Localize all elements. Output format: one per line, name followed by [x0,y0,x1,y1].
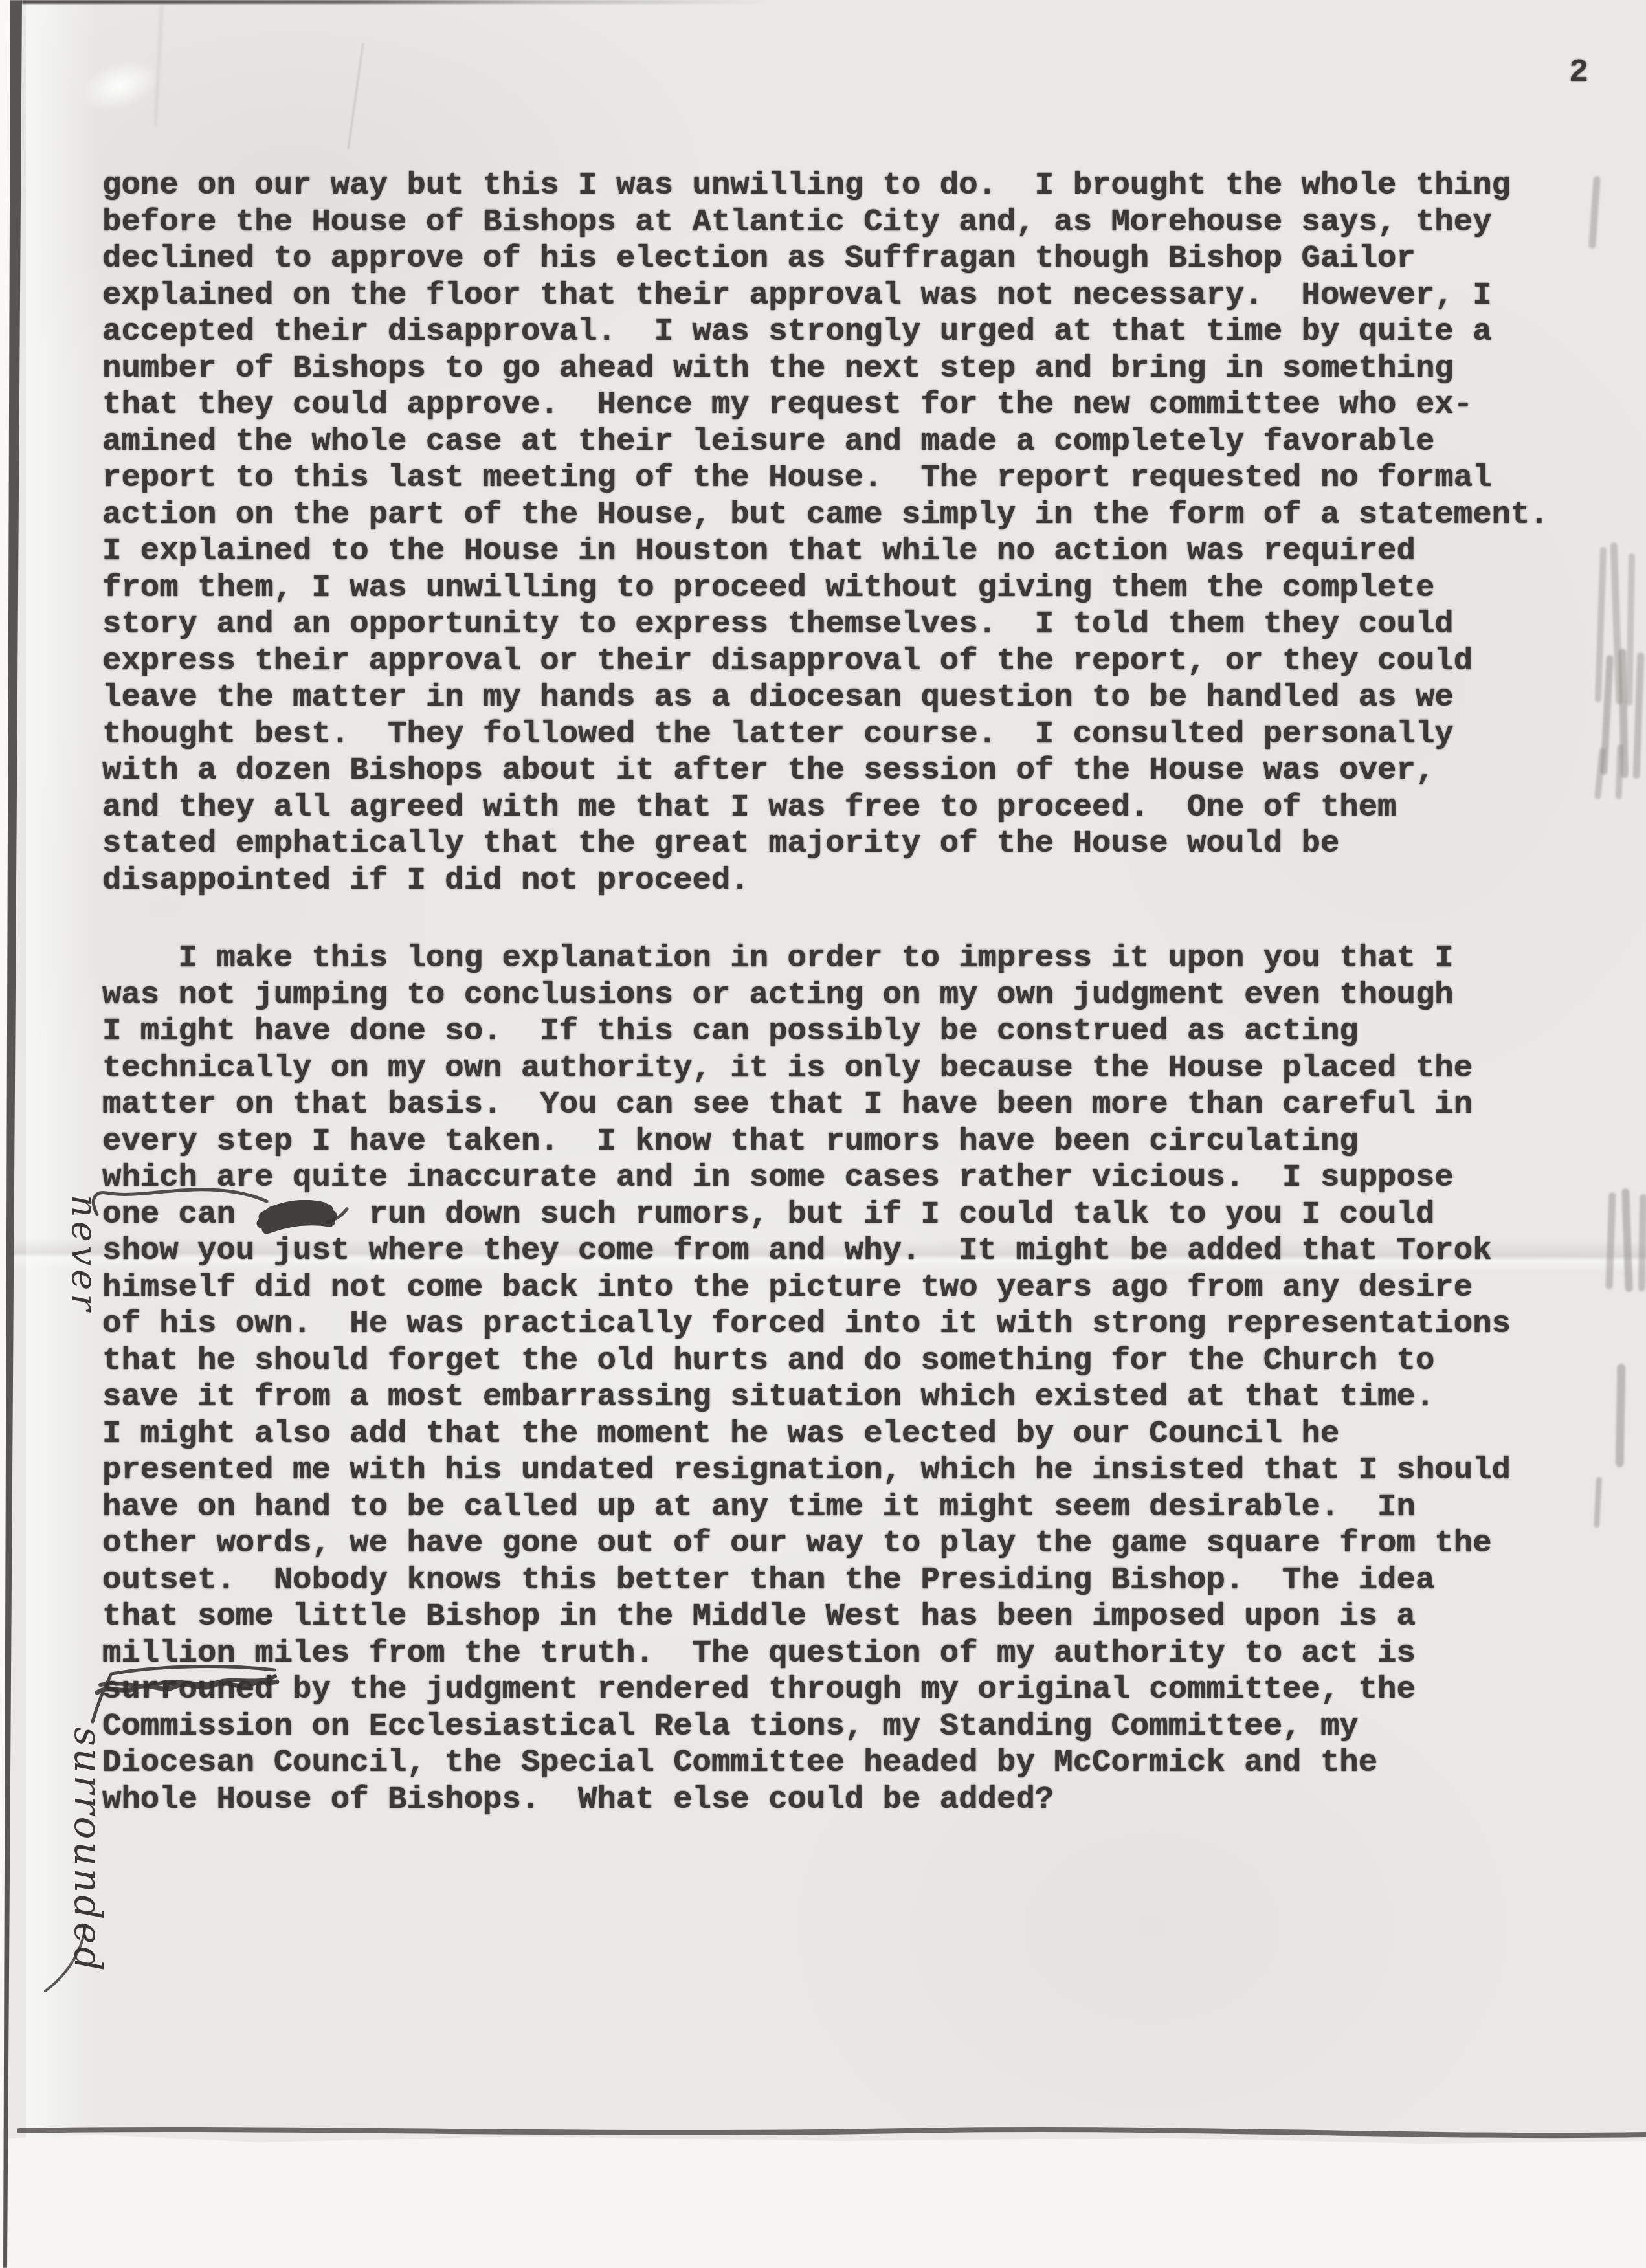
scanned-letter-page: 2 gone on our way but this I was unwilli… [0,0,1646,2268]
typed-line: have on hand to be called up at any time… [102,1489,1511,1526]
typed-line: explained on the floor that their approv… [102,277,1549,314]
typed-paragraph-2: I make this long explanation in order to… [102,940,1511,1818]
typed-line: I make this long explanation in order to… [102,940,1511,977]
typed-line: other words, we have gone out of our way… [102,1525,1511,1562]
typed-line: that they could approve. Hence my reques… [102,386,1549,423]
pencil-emphasis-mark [1616,1364,1626,1467]
typed-line: action on the part of the House, but cam… [102,496,1549,533]
typed-line: I might also add that the moment he was … [102,1416,1511,1452]
typed-line: amined the whole case at their leisure a… [102,423,1549,460]
typed-line: matter on that basis. You can see that I… [102,1086,1511,1123]
typed-line: with a dozen Bishops about it after the … [102,752,1549,789]
typed-line: was not jumping to conclusions or acting… [102,977,1511,1014]
pencil-emphasis-mark [1638,1194,1646,1291]
typed-line: Diocesan Council, the Special Committee … [102,1744,1511,1781]
typed-line: declined to approve of his election as S… [102,240,1549,277]
typed-line: disappointed if I did not proceed. [102,862,1549,899]
typed-line: technically on my own authority, it is o… [102,1050,1511,1087]
typed-line: from them, I was unwilling to proceed wi… [102,570,1549,606]
typed-line: leave the matter in my hands as a dioces… [102,679,1549,716]
typed-line: show you just where they come from and w… [102,1232,1511,1269]
typed-line: report to this last meeting of the House… [102,460,1549,496]
typed-line: and they all agreed with me that I was f… [102,789,1549,826]
typed-line: which are quite inaccurate and in some c… [102,1159,1511,1196]
typed-line: million miles from the truth. The questi… [102,1635,1511,1672]
typed-line: I might have done so. If this can possib… [102,1013,1511,1050]
typed-line: of his own. He was practically forced in… [102,1306,1511,1342]
scanner-top-edge-line [22,0,766,4]
typed-line: number of Bishops to go ahead with the n… [102,350,1549,387]
typed-paragraph-1: gone on our way but this I was unwilling… [102,167,1549,898]
typed-line: before the House of Bishops at Atlantic … [102,204,1549,241]
typed-line: thought best. They followed the latter c… [102,716,1549,753]
typed-line: presented me with his undated resignatio… [102,1452,1511,1489]
page-number: 2 [1569,54,1588,91]
typed-line: that some little Bishop in the Middle We… [102,1598,1511,1635]
typed-line: accepted their disapproval. I was strong… [102,313,1549,350]
typed-line: I explained to the House in Houston that… [102,533,1549,570]
typed-line: that he should forget the old hurts and … [102,1342,1511,1379]
typed-line: express their approval or their disappro… [102,643,1549,680]
typed-line: himself did not come back into the pictu… [102,1269,1511,1306]
typed-line: every step I have taken. I know that rum… [102,1123,1511,1160]
typed-line: whole House of Bishops. What else could … [102,1781,1511,1818]
typed-line: outset. Nobody knows this better than th… [102,1562,1511,1599]
paper-left-edge-highlight [26,0,97,2268]
typed-line: surrouned by the judgment rendered throu… [102,1671,1511,1708]
typed-line: gone on our way but this I was unwilling… [102,167,1549,204]
typed-line: one can run down such rumors, but if I c… [102,1196,1511,1233]
scanner-background-bottom [0,2133,1646,2268]
typed-line: Commission on Ecclesiastical Rela tions,… [102,1708,1511,1745]
typed-line: save it from a most embarrassing situati… [102,1379,1511,1416]
typed-line: story and an opportunity to express them… [102,606,1549,643]
typed-line: stated emphatically that the great major… [102,825,1549,862]
